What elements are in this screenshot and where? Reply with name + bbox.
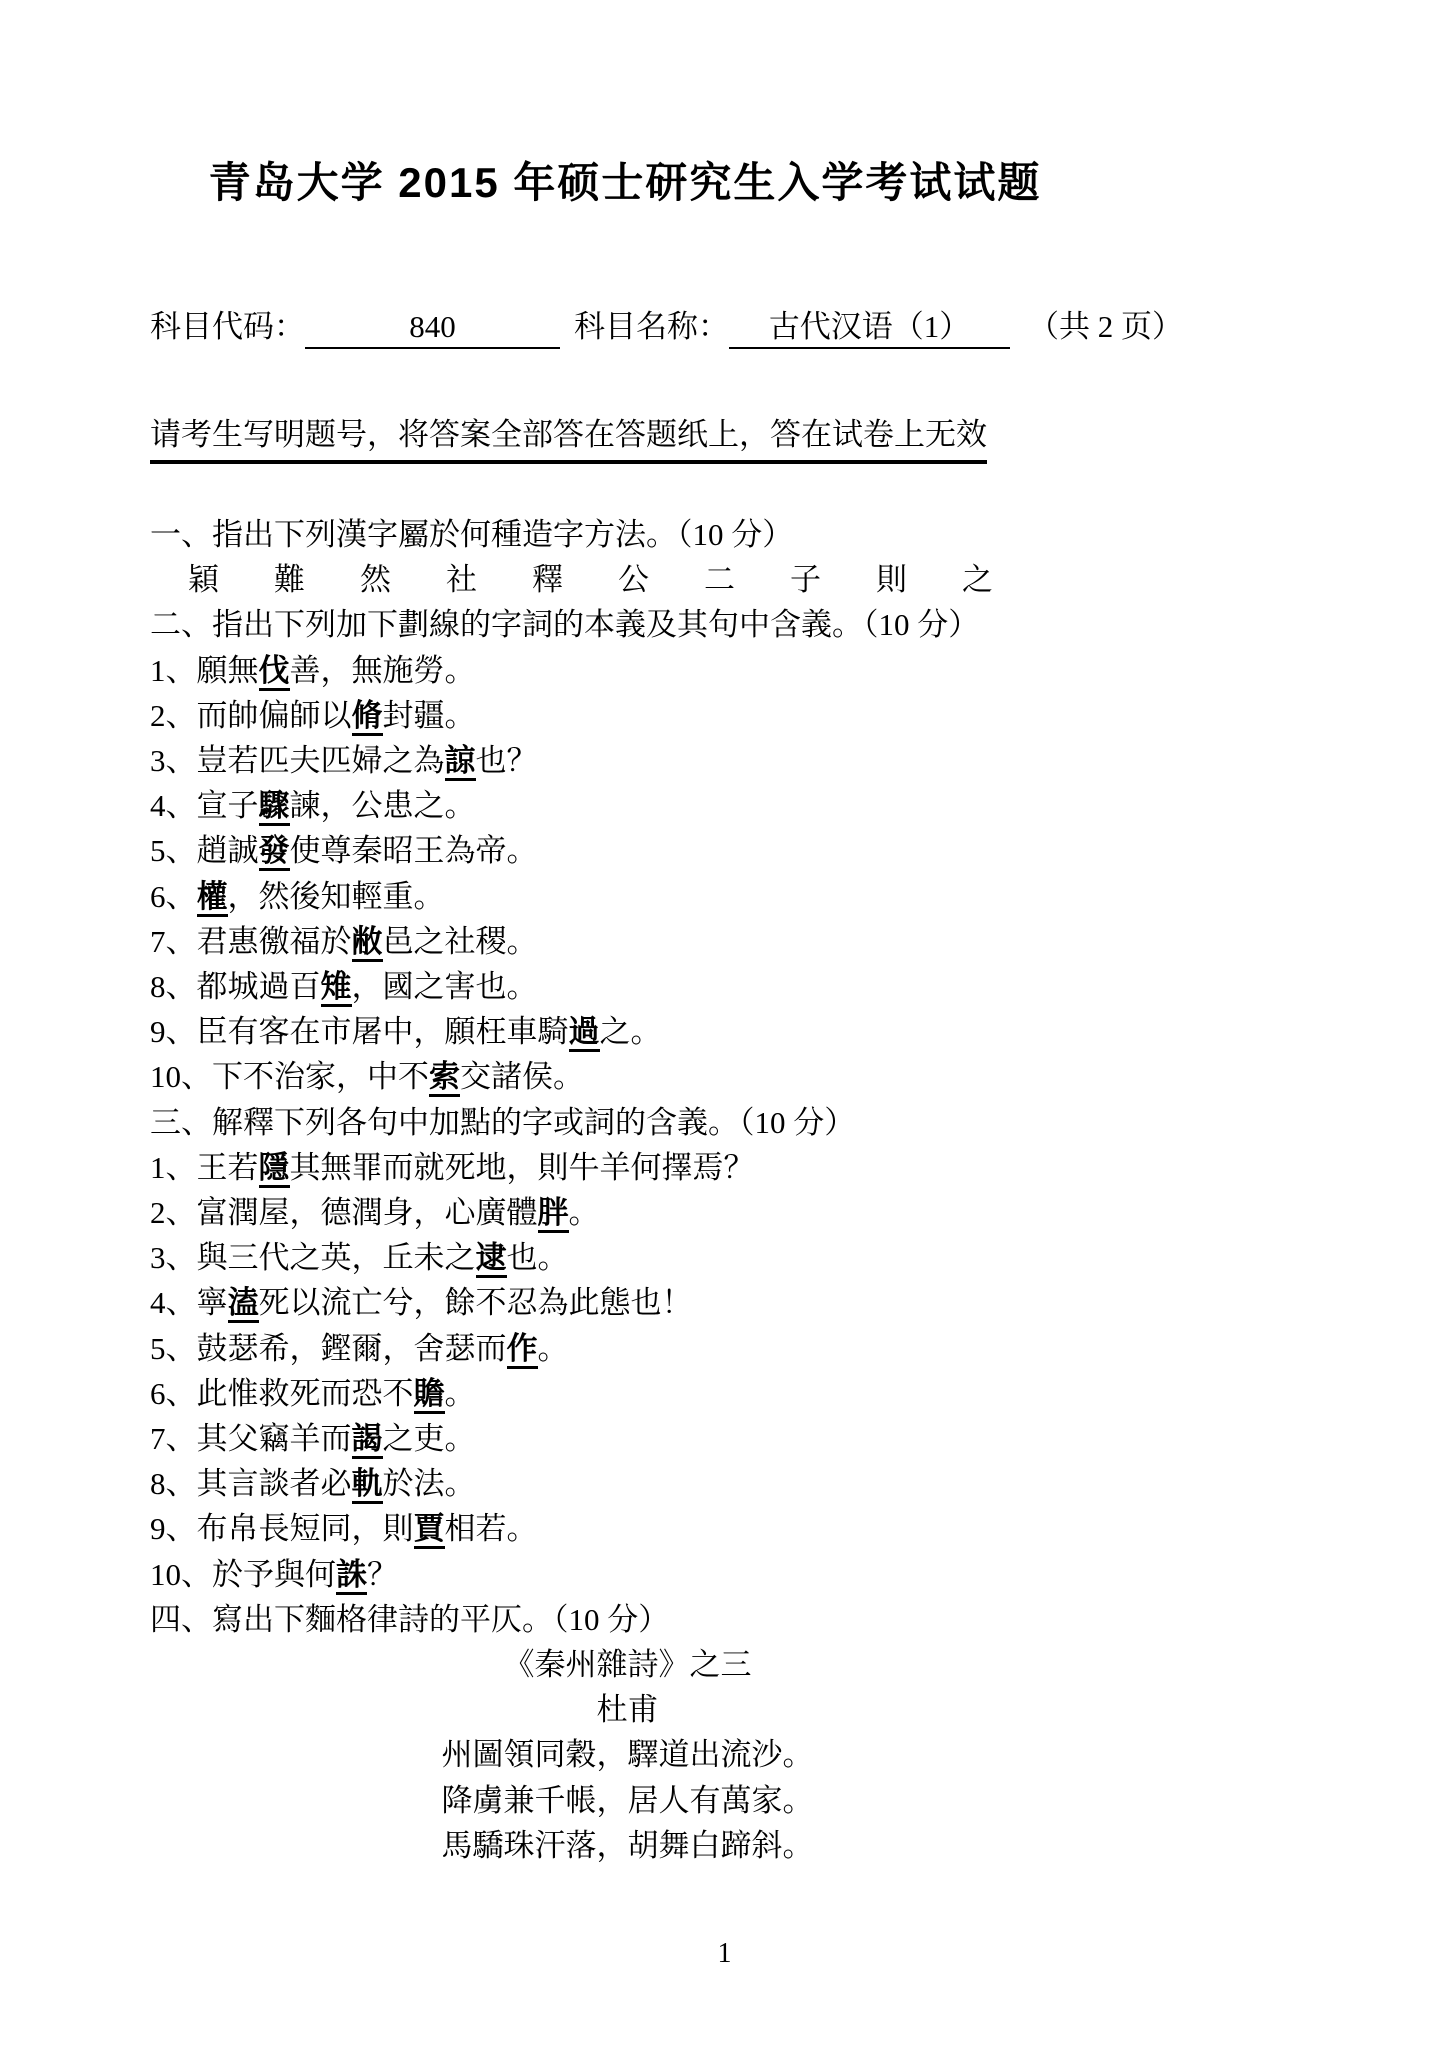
underlined-term: 誅 (336, 1557, 367, 1595)
underlined-term: 發 (259, 833, 290, 871)
underlined-term: 逮 (476, 1240, 507, 1278)
exam-paper-page: 青岛大学 2015 年硕士研究生入学考试试题 科目代码：840科目名称：古代汉语… (0, 0, 1449, 2048)
exam-line: 州圖領同穀，驛道出流沙。 (150, 1732, 1105, 1777)
exam-line: 穎 難 然 社 釋 公 二 子 則 之 (150, 557, 1105, 602)
text-run: 其無罪而就死地，則牛羊何擇焉？ (290, 1150, 755, 1185)
exam-line: 10、於予與何誅？ (150, 1552, 1105, 1597)
text-run: 2、而帥偏師以 (150, 698, 352, 733)
text-run: 使尊秦昭王為帝。 (290, 833, 538, 868)
text-run: 也。 (507, 1240, 569, 1275)
text-run: 7、君惠徼福於 (150, 924, 352, 959)
underlined-term: 索 (429, 1059, 460, 1097)
subject-name-label: 科目名称： (574, 305, 729, 349)
underlined-term: 脩 (352, 698, 383, 736)
text-run: 也？ (476, 743, 538, 778)
subject-name-value: 古代汉语（1） (729, 307, 1010, 349)
text-run: 諫，公患之。 (290, 788, 476, 823)
text-run: 10、下不治家，中不 (150, 1059, 429, 1094)
exam-line: 7、君惠徼福於敝邑之社稷。 (150, 919, 1105, 964)
text-run: 4、宣子 (150, 788, 259, 823)
exam-line: 3、豈若匹夫匹婦之為諒也？ (150, 738, 1105, 783)
exam-line: 3、與三代之英，丘未之逮也。 (150, 1235, 1105, 1280)
underlined-term: 贍 (414, 1376, 445, 1414)
exam-line: 6、此惟救死而恐不贍。 (150, 1371, 1105, 1416)
exam-line: 二、指出下列加下劃線的字詞的本義及其句中含義。（10 分） (150, 602, 1105, 647)
exam-line: 5、趙誠發使尊秦昭王為帝。 (150, 828, 1105, 873)
exam-line: 《秦州雜詩》之三 (150, 1642, 1105, 1687)
underlined-term: 胖 (538, 1195, 569, 1233)
exam-line: 8、其言談者必軌於法。 (150, 1461, 1105, 1506)
underlined-term: 軌 (352, 1466, 383, 1504)
exam-line: 4、寧溘死以流亡兮，餘不忍為此態也！ (150, 1280, 1105, 1325)
underlined-term: 權 (197, 879, 228, 917)
text-run: 8、都城過百 (150, 969, 321, 1004)
underlined-term: 敝 (352, 924, 383, 962)
exam-line: 1、願無伐善，無施勞。 (150, 648, 1105, 693)
underlined-term: 伐 (259, 653, 290, 691)
text-run: 杜甫 (597, 1692, 659, 1727)
exam-line: 三、解釋下列各句中加點的字或詞的含義。（10 分） (150, 1100, 1105, 1145)
text-run: 6、此惟救死而恐不 (150, 1376, 414, 1411)
text-run: 。 (538, 1331, 569, 1366)
exam-line: 1、王若隱其無罪而就死地，則牛羊何擇焉？ (150, 1145, 1105, 1190)
underlined-term: 過 (569, 1014, 600, 1052)
subject-code-value: 840 (305, 307, 560, 349)
underlined-term: 賈 (414, 1511, 445, 1549)
instruction-notice: 请考生写明题号，将答案全部答在答题纸上，答在试卷上无效 (150, 415, 987, 464)
text-run: 9、布帛長短同，則 (150, 1511, 414, 1546)
text-run: 。 (569, 1195, 600, 1230)
exam-line: 9、布帛長短同，則賈相若。 (150, 1506, 1105, 1551)
exam-line: 9、臣有客在市屠中，願枉車騎過之。 (150, 1009, 1105, 1054)
text-run: 邑之社稷。 (383, 924, 538, 959)
text-run: 4、寧 (150, 1285, 228, 1320)
text-run: 3、與三代之英，丘未之 (150, 1240, 476, 1275)
underlined-term: 驟 (259, 788, 290, 826)
subject-code-label: 科目代码： (150, 305, 305, 349)
exam-line: 一、指出下列漢字屬於何種造字方法。（10 分） (150, 512, 1105, 557)
text-run: 5、鼓瑟希，鏗爾，舍瑟而 (150, 1331, 507, 1366)
text-run: ，然後知輕重。 (228, 879, 445, 914)
text-run: 之。 (600, 1014, 662, 1049)
page-title: 青岛大学 2015 年硕士研究生入学考试试题 (150, 150, 1100, 210)
text-run: 《秦州雜詩》之三 (504, 1647, 752, 1682)
exam-line: 5、鼓瑟希，鏗爾，舍瑟而作。 (150, 1326, 1105, 1371)
text-run: 6、 (150, 879, 197, 914)
underlined-term: 溘 (228, 1285, 259, 1323)
exam-line: 2、而帥偏師以脩封疆。 (150, 693, 1105, 738)
text-run: 於法。 (383, 1466, 476, 1501)
text-run: 3、豈若匹夫匹婦之為 (150, 743, 445, 778)
total-pages-note: （共 2 页） (1028, 305, 1183, 349)
text-run: 7、其父竊羊而 (150, 1421, 352, 1456)
text-run: 州圖領同穀，驛道出流沙。 (442, 1737, 814, 1772)
exam-line: 馬驕珠汗落，胡舞白蹄斜。 (150, 1823, 1105, 1868)
text-run: 8、其言談者必 (150, 1466, 352, 1501)
text-run: 四、寫出下麵格律詩的平仄。（10 分） (150, 1602, 669, 1637)
text-run: 2、富潤屋，德潤身，心廣體 (150, 1195, 538, 1230)
exam-line: 6、權，然後知輕重。 (150, 874, 1105, 919)
text-run: 交諸侯。 (460, 1059, 584, 1094)
text-run: 降虜兼千帳，居人有萬家。 (442, 1783, 814, 1818)
text-run: 穎 難 然 社 釋 公 二 子 則 之 (188, 562, 1005, 597)
text-run: 5、趙誠 (150, 833, 259, 868)
exam-line: 降虜兼千帳，居人有萬家。 (150, 1778, 1105, 1823)
subject-info-line: 科目代码：840科目名称：古代汉语（1）（共 2 页） (150, 305, 1250, 349)
text-run: 之吏。 (383, 1421, 476, 1456)
text-run: 1、王若 (150, 1150, 259, 1185)
question-body: 一、指出下列漢字屬於何種造字方法。（10 分）穎 難 然 社 釋 公 二 子 則… (150, 512, 1105, 1868)
exam-line: 4、宣子驟諫，公患之。 (150, 783, 1105, 828)
underlined-term: 謁 (352, 1421, 383, 1459)
text-run: 三、解釋下列各句中加點的字或詞的含義。（10 分） (150, 1105, 855, 1140)
text-run: 二、指出下列加下劃線的字詞的本義及其句中含義。（10 分） (150, 607, 979, 642)
text-run: 10、於予與何 (150, 1557, 336, 1592)
page-number: 1 (0, 1938, 1449, 1970)
exam-line: 四、寫出下麵格律詩的平仄。（10 分） (150, 1597, 1105, 1642)
exam-line: 7、其父竊羊而謁之吏。 (150, 1416, 1105, 1461)
underlined-term: 作 (507, 1331, 538, 1369)
text-run: 馬驕珠汗落，胡舞白蹄斜。 (442, 1828, 814, 1863)
exam-line: 8、都城過百雉，國之害也。 (150, 964, 1105, 1009)
text-run: 死以流亡兮，餘不忍為此態也！ (259, 1285, 693, 1320)
exam-line: 杜甫 (150, 1687, 1105, 1732)
underlined-term: 雉 (321, 969, 352, 1007)
text-run: ？ (367, 1557, 398, 1592)
text-run: 相若。 (445, 1511, 538, 1546)
underlined-term: 諒 (445, 743, 476, 781)
text-run: 一、指出下列漢字屬於何種造字方法。（10 分） (150, 517, 793, 552)
text-run: ，國之害也。 (352, 969, 538, 1004)
text-run: 封疆。 (383, 698, 476, 733)
exam-line: 10、下不治家，中不索交諸侯。 (150, 1054, 1105, 1099)
text-run: 善，無施勞。 (290, 653, 476, 688)
text-run: 9、臣有客在市屠中，願枉車騎 (150, 1014, 569, 1049)
text-run: 。 (445, 1376, 476, 1411)
text-run: 1、願無 (150, 653, 259, 688)
exam-line: 2、富潤屋，德潤身，心廣體胖。 (150, 1190, 1105, 1235)
underlined-term: 隱 (259, 1150, 290, 1188)
